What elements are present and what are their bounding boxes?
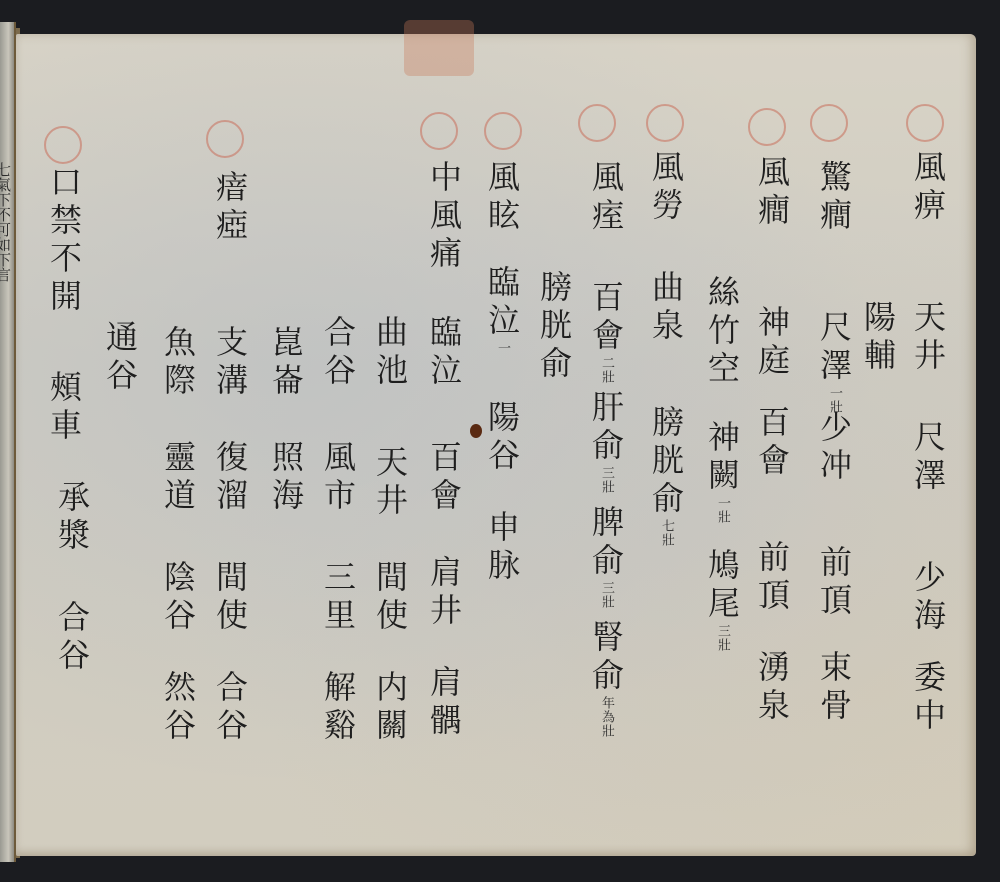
column-text: 風勞: [647, 150, 685, 226]
text-column: 束骨: [818, 650, 850, 726]
text-column: 百會: [756, 405, 788, 481]
column-text: 天井: [909, 300, 947, 376]
red-circle-mark: [646, 104, 684, 142]
column-text: 臨泣: [425, 315, 463, 391]
text-column: 三里: [322, 560, 354, 636]
column-text: 崑崙: [267, 325, 305, 401]
text-column: 照海: [270, 440, 302, 516]
column-text: 然谷: [159, 670, 197, 746]
column-text: 膀胱俞: [647, 405, 685, 519]
red-circle-mark: [420, 112, 458, 150]
column-text: 風癎: [753, 155, 791, 231]
column-text: 承漿: [53, 480, 91, 556]
column-text: 解谿: [319, 670, 357, 746]
column-text: 風眩: [483, 160, 521, 236]
text-column: 百會: [428, 440, 460, 516]
column-text: 中風痛: [425, 160, 463, 274]
text-column: 崑崙: [270, 325, 302, 401]
column-text: 委中: [909, 660, 947, 736]
text-column: 臨泣一: [486, 265, 518, 355]
text-column: 風癎: [756, 155, 788, 231]
text-column: 湧泉: [756, 650, 788, 726]
adjacent-page-edge: 七氣下不可如下言: [0, 22, 16, 862]
text-column: 然谷: [162, 670, 194, 746]
column-text: 照海: [267, 440, 305, 516]
adjacent-page-text: 七氣下不可如下言: [0, 162, 10, 282]
column-text: 少冲: [815, 410, 853, 486]
text-column: 委中: [912, 660, 944, 736]
text-column: 曲池: [374, 315, 406, 391]
text-column: 承漿: [56, 480, 88, 556]
text-column: 驚癎: [818, 160, 850, 236]
text-column: 曲泉: [650, 270, 682, 346]
text-column: 膀胱俞: [538, 270, 570, 384]
text-column: 合谷: [214, 670, 246, 746]
column-text: 脾俞: [587, 505, 625, 581]
text-column: 内關: [374, 670, 406, 746]
text-column: 通谷: [104, 320, 136, 396]
column-text: 腎俞: [587, 620, 625, 696]
column-text: 合谷: [211, 670, 249, 746]
column-text: 頰車: [45, 370, 83, 446]
text-column: 合谷: [322, 315, 354, 391]
text-column: 間使: [374, 560, 406, 636]
text-column: 中風痛: [428, 160, 460, 274]
text-column: 少海: [912, 560, 944, 636]
text-column: 風痓: [590, 160, 622, 236]
column-text: 陰谷: [159, 560, 197, 636]
text-column: 尺澤: [912, 420, 944, 496]
text-column: 風痹: [912, 150, 944, 226]
column-text: 前頂: [753, 540, 791, 616]
text-column: 前頂: [756, 540, 788, 616]
text-column: 風勞: [650, 150, 682, 226]
column-text: 風市: [319, 440, 357, 516]
red-circle-mark: [748, 108, 786, 146]
moxa-count-note: 三壯: [716, 624, 729, 652]
column-text: 内關: [371, 670, 409, 746]
column-text: 間使: [371, 560, 409, 636]
column-text: 曲泉: [647, 270, 685, 346]
text-column: 神闕一壯: [706, 420, 738, 524]
column-text: 風痓: [587, 160, 625, 236]
column-text: 曲池: [371, 315, 409, 391]
column-text: 風痹: [909, 150, 947, 226]
text-column: 肝俞三壯: [590, 390, 622, 494]
column-text: 百會: [587, 280, 625, 356]
column-text: 間使: [211, 560, 249, 636]
text-column: 臨泣: [428, 315, 460, 391]
moxa-count-note: 年為壯: [600, 696, 613, 738]
column-text: 鳩尾: [703, 548, 741, 624]
text-column: 膀胱俞七壯: [650, 405, 682, 547]
column-text: 肩髃: [425, 665, 463, 741]
column-text: 百會: [425, 440, 463, 516]
text-column: 尺澤一壯: [818, 310, 850, 414]
column-text: 驚癎: [815, 160, 853, 236]
text-column: 風市: [322, 440, 354, 516]
moxa-count-note: 三壯: [600, 581, 613, 609]
column-text: 支溝: [211, 325, 249, 401]
red-circle-mark: [44, 126, 82, 164]
ink-stain: [470, 424, 482, 438]
column-text: 靈道: [159, 440, 197, 516]
text-column: 申脉: [486, 510, 518, 586]
moxa-count-note: 一: [496, 341, 509, 355]
column-text: 束骨: [815, 650, 853, 726]
text-column: 腎俞年為壯: [590, 620, 622, 738]
text-column: 陰谷: [162, 560, 194, 636]
column-text: 通谷: [101, 320, 139, 396]
column-text: 三里: [319, 560, 357, 636]
text-column: 前頂: [818, 545, 850, 621]
moxa-count-note: 三壯: [600, 466, 613, 494]
text-column: 頰車: [48, 370, 80, 446]
column-text: 復溜: [211, 440, 249, 516]
text-column: 肩井: [428, 555, 460, 631]
text-column: 神庭: [756, 305, 788, 381]
column-text: 尺澤: [815, 310, 853, 386]
text-column: 合谷: [56, 600, 88, 676]
text-column: 天井: [912, 300, 944, 376]
text-column: 風眩: [486, 160, 518, 236]
column-text: 瘖瘂: [211, 170, 249, 246]
text-column: 間使: [214, 560, 246, 636]
text-column: 支溝: [214, 325, 246, 401]
text-column: 肩髃: [428, 665, 460, 741]
column-text: 神闕: [703, 420, 741, 496]
column-text: 陽輔: [859, 300, 897, 376]
column-text: 天井: [371, 445, 409, 521]
text-column: 陽輔: [862, 300, 894, 376]
column-text: 肩井: [425, 555, 463, 631]
column-text: 陽谷: [483, 400, 521, 476]
text-column: 天井: [374, 445, 406, 521]
moxa-count-note: 一壯: [716, 496, 729, 524]
red-circle-mark: [810, 104, 848, 142]
red-circle-mark: [206, 120, 244, 158]
library-seal: [404, 20, 474, 76]
text-column: 百會二壯: [590, 280, 622, 384]
column-text: 神庭: [753, 305, 791, 381]
column-text: 湧泉: [753, 650, 791, 726]
text-column: 少冲: [818, 410, 850, 486]
text-column: 絲竹空: [706, 275, 738, 389]
column-text: 前頂: [815, 545, 853, 621]
column-text: 合谷: [319, 315, 357, 391]
moxa-count-note: 七壯: [660, 519, 673, 547]
text-column: 瘖瘂: [214, 170, 246, 246]
column-text: 合谷: [53, 600, 91, 676]
column-text: 絲竹空: [703, 275, 741, 389]
text-column: 復溜: [214, 440, 246, 516]
text-column: 解谿: [322, 670, 354, 746]
column-text: 肝俞: [587, 390, 625, 466]
column-text: 膀胱俞: [535, 270, 573, 384]
column-text: 魚際: [159, 325, 197, 401]
text-column: 靈道: [162, 440, 194, 516]
text-column: 魚際: [162, 325, 194, 401]
column-text: 口禁不開: [45, 165, 83, 317]
column-text: 臨泣: [483, 265, 521, 341]
moxa-count-note: 二壯: [600, 356, 613, 384]
column-text: 尺澤: [909, 420, 947, 496]
red-circle-mark: [484, 112, 522, 150]
text-column: 鳩尾三壯: [706, 548, 738, 652]
text-column: 口禁不開: [48, 165, 80, 317]
red-circle-mark: [578, 104, 616, 142]
column-text: 申脉: [483, 510, 521, 586]
column-text: 百會: [753, 405, 791, 481]
text-column: 脾俞三壯: [590, 505, 622, 609]
column-text: 少海: [909, 560, 947, 636]
text-column: 陽谷: [486, 400, 518, 476]
red-circle-mark: [906, 104, 944, 142]
